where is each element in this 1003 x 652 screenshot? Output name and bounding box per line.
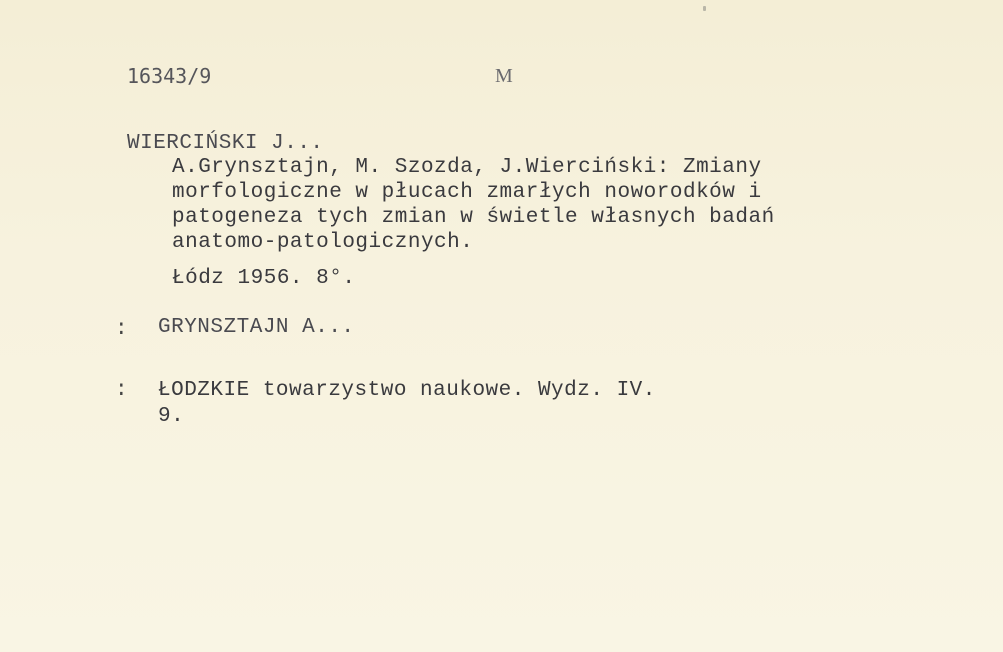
catalog-card: 16343/9 M WIERCIŃSKI J... A.Grynsztajn, … (0, 0, 1003, 652)
description-line: anatomo-patologicznych. (172, 230, 473, 256)
added-entry-continuation: 9. (158, 404, 184, 430)
added-entry: GRYNSZTAJN A... (158, 315, 355, 341)
paper-speck (703, 6, 706, 11)
imprint: Łódz 1956. 8°. (172, 266, 355, 292)
call-number: 16343/9 (127, 63, 211, 89)
description-line: morfologiczne w płucach zmarłych noworod… (172, 180, 762, 206)
entry-bullet: : (115, 317, 128, 343)
description-line: patogeneza tych zmian w świetle własnych… (172, 205, 775, 231)
main-entry-heading: WIERCIŃSKI J... (127, 131, 324, 157)
description-line: A.Grynsztajn, M. Szozda, J.Wierciński: Z… (172, 155, 762, 181)
classification-mark: M (495, 63, 513, 89)
added-entry: ŁODZKIE towarzystwo naukowe. Wydz. IV. (158, 378, 656, 404)
entry-bullet: : (115, 378, 128, 404)
